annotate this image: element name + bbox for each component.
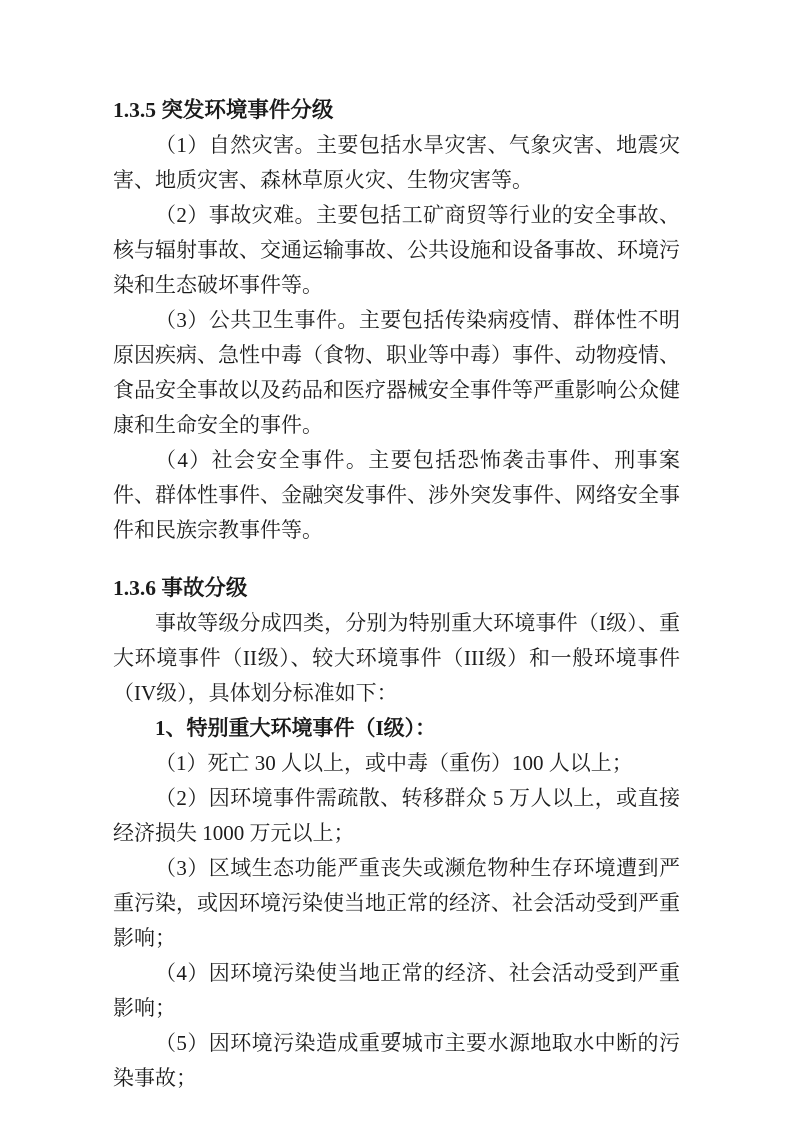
list-item-criterion-2: （2）因环境事件需疏散、转移群众 5 万人以上，或直接经济损失 1000 万元以… [113,781,680,851]
paragraph-social-safety-event: （4）社会安全事件。主要包括恐怖袭击事件、刑事案件、群体性事件、金融突发事件、涉… [113,443,680,548]
section-heading-1-3-6: 1.3.6 事故分级 [113,571,680,606]
page-content: 1.3.5 突发环境事件分级 （1）自然灾害。主要包括水旱灾害、气象灾害、地震灾… [113,93,680,1096]
list-item-criterion-1: （1）死亡 30 人以上，或中毒（重伤）100 人以上； [113,746,680,781]
list-item-criterion-4: （4）因环境污染使当地正常的经济、社会活动受到严重影响； [113,956,680,1026]
paragraph-public-health-event: （3）公共卫生事件。主要包括传染病疫情、群体性不明原因疾病、急性中毒（食物、职业… [113,303,680,443]
paragraph-accident-grade-intro: 事故等级分成四类，分别为特别重大环境事件（I级）、重大环境事件（II级）、较大环… [113,606,680,711]
page-footer: 7 [0,1028,793,1048]
paragraph-natural-disaster: （1）自然灾害。主要包括水旱灾害、气象灾害、地震灾害、地质灾害、森林草原火灾、生… [113,128,680,198]
paragraph-accident-disaster: （2）事故灾难。主要包括工矿商贸等行业的安全事故、核与辐射事故、交通运输事故、公… [113,198,680,303]
document-page: 1.3.5 突发环境事件分级 （1）自然灾害。主要包括水旱灾害、气象灾害、地震灾… [0,0,793,1122]
list-item-criterion-3: （3）区域生态功能严重丧失或濒危物种生存环境遭到严重污染，或因环境污染使当地正常… [113,851,680,956]
page-number: 7 [392,1028,401,1047]
subheading-level-1-event: 1、特别重大环境事件（I级）： [113,711,680,746]
section-heading-1-3-5: 1.3.5 突发环境事件分级 [113,93,680,128]
